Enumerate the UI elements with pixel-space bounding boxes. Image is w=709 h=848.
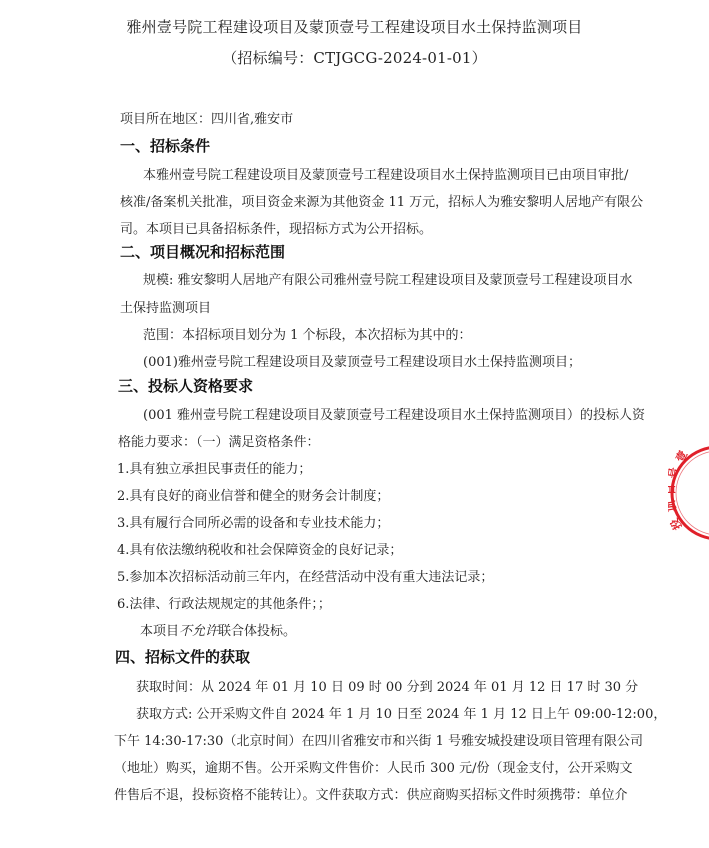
svg-text:项: 项 — [668, 499, 679, 513]
qualification-item: 3.具有履行合同所必需的设备和专业技术能力； — [117, 512, 389, 531]
qualification-item: 5.参加本次招标活动前三年内，在经营活动中没有重大违法记录； — [117, 566, 493, 585]
section-heading-tender-conditions: 一、招标条件 — [120, 135, 210, 156]
paragraph-line: （地址）购买，逾期不售。公开采购文件售价：人民币 300 元/份（现金支付，公开… — [114, 757, 632, 776]
red-seal-stamp: 壹 号 日 项 投 — [668, 443, 709, 543]
paragraph-line: (001)雅州壹号院工程建设项目及蒙顶壹号工程建设项目水土保持监测项目； — [143, 351, 581, 370]
qualification-item: 4.具有依法缴纳税收和社会保障资金的良好记录； — [117, 539, 402, 558]
consortium-emphasis: 不允许 — [179, 624, 218, 639]
paragraph-line: 土保持监测项目 — [120, 297, 211, 316]
qualification-item: 6.法律、行政法规规定的其他条件；； — [117, 593, 331, 612]
svg-text:投: 投 — [668, 516, 685, 533]
qualification-item: 1.具有独立承担民事责任的能力； — [117, 458, 311, 477]
paragraph-line: 下午 14:30-17:30（北京时间）在四川省雅安市和兴街 1 号雅安城投建设… — [114, 730, 643, 749]
paragraph-line: 获取方式: 公开采购文件自 2024 年 1 月 10 日至 2024 年 1 … — [136, 703, 666, 722]
paragraph-line: 件售后不退，投标资格不能转让）。文件获取方式：供应商购买招标文件时须携带：单位介 — [114, 784, 628, 803]
paragraph-line: 范围：本招标项目划分为 1 个标段，本次招标为其中的： — [143, 324, 472, 343]
consortium-prefix: 本项目 — [140, 624, 179, 639]
paragraph-line: 规模: 雅安黎明人居地产有限公司雅州壹号院工程建设项目及蒙顶壹号工程建设项目水 — [143, 269, 633, 288]
project-region: 项目所在地区：四川省,雅安市 — [120, 108, 293, 127]
svg-text:壹: 壹 — [672, 448, 690, 465]
qualification-item: 2.具有良好的商业信誉和健全的财务会计制度； — [117, 485, 389, 504]
section-heading-document-acquisition: 四、招标文件的获取 — [115, 646, 250, 667]
paragraph-line: 核准/备案机关批准，项目资金来源为其他资金 11 万元，招标人为雅安黎明人居地产… — [120, 191, 643, 210]
paragraph-line: 本雅州壹号院工程建设项目及蒙顶壹号工程建设项目水土保持监测项目已由项目审批/ — [143, 164, 628, 183]
section-heading-project-overview: 二、项目概况和招标范围 — [120, 241, 285, 262]
document-title: 雅州壹号院工程建设项目及蒙顶壹号工程建设项目水土保持监测项目 — [0, 16, 709, 37]
consortium-statement: 本项目不允许联合体投标。 — [140, 620, 296, 639]
paragraph-line: 获取时间：从 2024 年 01 月 10 日 09 时 00 分到 2024 … — [136, 676, 638, 695]
svg-text:日: 日 — [668, 484, 677, 495]
consortium-suffix: 联合体投标。 — [218, 624, 296, 639]
paragraph-line: 格能力要求：（一）满足资格条件： — [118, 431, 320, 450]
section-heading-bidder-qualifications: 三、投标人资格要求 — [118, 375, 253, 396]
paragraph-line: (001 雅州壹号院工程建设项目及蒙顶壹号工程建设项目水土保持监测项目）的投标人… — [143, 404, 645, 423]
paragraph-line: 司。本项目已具备招标条件，现招标方式为公开招标。 — [120, 218, 432, 237]
tender-number: （招标编号：CTJGCG-2024-01-01） — [0, 47, 709, 68]
